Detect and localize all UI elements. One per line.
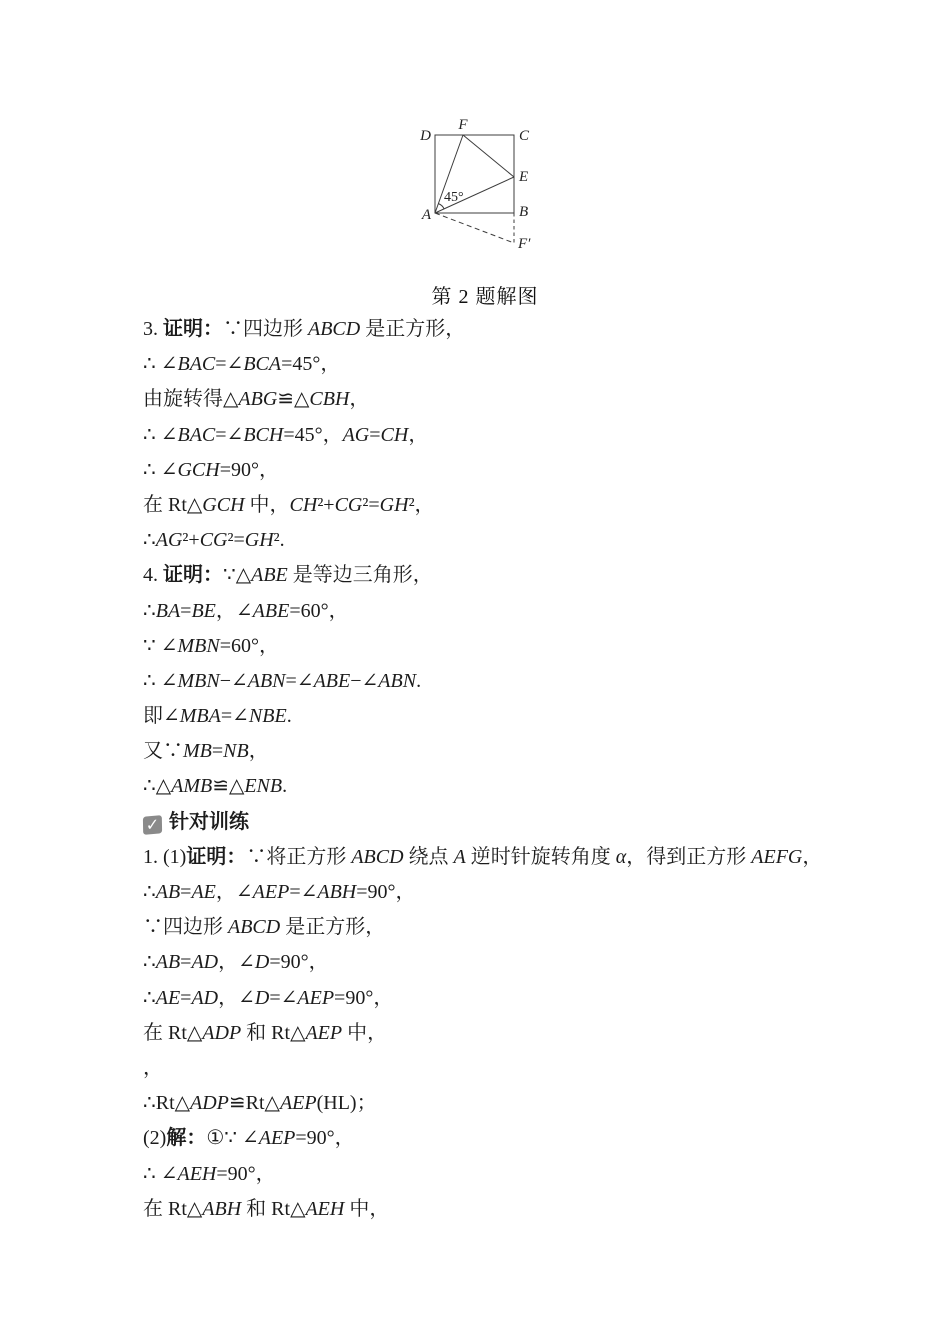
text-line: ∴AG²+CG²=GH². [143,523,910,558]
text-segment: =90°， [216,1163,275,1185]
text-segment: ABH [202,1198,241,1220]
text-line: 3. 证明：∵四边形 ABCD 是正方形， [143,312,910,347]
text-segment: = [212,740,223,762]
text-segment: CBH [309,388,349,410]
text-segment: D [255,951,269,973]
checkmark-icon: ✓ [143,815,162,835]
text-segment: ABCD [308,318,360,340]
label-C: C [519,128,530,144]
text-segment: NBE [249,705,287,727]
text-segment: BAC [177,424,215,446]
text-segment: ²= [362,494,379,516]
text-segment: 1. (1) [143,846,186,868]
text-segment: ABCD [351,846,403,868]
text-segment: 逆时针旋转角度 [466,846,616,868]
text-line: ∴ ∠GCH=90°， [143,453,910,488]
text-segment: AEP [280,1092,317,1114]
text-segment: ABN [378,670,416,692]
text-segment: A [454,846,466,868]
text-segment: CG [200,529,228,551]
text-segment: AG [156,529,183,551]
text-segment: 证明： [186,846,246,868]
text-segment: ∴ ∠ [143,1163,177,1185]
text-segment: NB [223,740,249,762]
text-line: ∵四边形 ABCD 是正方形， [143,910,910,945]
text-segment: α [616,846,627,868]
text-segment: 证明： [163,564,223,586]
text-line: ∴Rt△ADP≌Rt△AEP(HL)； [143,1086,910,1121]
text-segment: =60°， [289,600,348,622]
text-segment: AEP [259,1127,296,1149]
text-segment: ABG [238,388,277,410]
text-segment: ∵ ∠ [143,635,177,657]
text-segment: ， [408,424,428,446]
text-line: 在 Rt△ADP 和 Rt△AEP 中， [143,1016,910,1051]
page: D F C E A B F′ 45° 第 2 题解图 3. 证明：∵四边形 AB… [0,0,950,1344]
text-segment: ∴Rt△ [143,1092,190,1114]
solution-text: 3. 证明：∵四边形 ABCD 是正方形，∴ ∠BAC=∠BCA=45°，由旋转… [143,312,910,1227]
text-segment: 又∵ [143,740,183,762]
text-line: ∴ ∠MBN−∠ABN=∠ABE−∠ABN. [143,664,910,699]
text-line: ∴ ∠BAC=∠BCA=45°， [143,347,910,382]
text-segment: 是正方形， [360,318,465,340]
text-segment: ABN [248,670,286,692]
text-segment: ， [802,846,822,868]
text-segment: GH [380,494,409,516]
text-segment: =∠ [221,705,249,727]
text-line: ∴AE=AD，∠D=∠AEP=90°， [143,981,910,1016]
text-line: 即∠MBA=∠NBE. [143,699,910,734]
text-segment: AEP [305,1022,342,1044]
text-segment: 中， [245,494,290,516]
text-segment: ²， [409,494,435,516]
text-segment: (2) [143,1127,166,1149]
text-segment: =90°， [334,987,393,1009]
text-segment: BCH [243,424,283,446]
text-line: ∴AB=AD，∠D=90°， [143,945,910,980]
text-segment: ， [349,388,369,410]
text-segment: ²+ [317,494,334,516]
text-segment: =90°， [356,881,415,903]
text-segment: AE [156,987,180,1009]
text-segment: ABE [251,564,288,586]
text-segment: (HL)； [317,1092,377,1114]
text-segment: ①∵ ∠ [206,1127,258,1149]
text-segment: ABCD [228,916,280,938]
text-segment: ENB [244,775,282,797]
text-segment: 4. [143,564,163,586]
text-segment: GCH [177,459,219,481]
text-segment: ². [274,529,285,551]
text-segment: −∠ [220,670,248,692]
text-segment: ∴ [143,987,156,1009]
text-segment: . [287,705,292,727]
text-segment: 在 Rt△ [143,1022,202,1044]
text-segment: 绕点 [404,846,454,868]
text-segment: ADP [202,1022,241,1044]
text-segment: ∴ [143,529,156,551]
text-segment: ， [143,1057,163,1079]
text-segment: 是正方形， [280,916,385,938]
text-segment: ∴ [143,600,156,622]
text-segment: AEH [177,1163,216,1185]
text-segment: ∵四边形 [223,318,308,340]
text-line: ∴AB=AE，∠AEP=∠ABH=90°， [143,875,910,910]
text-segment: ≌△ [212,775,244,797]
text-segment: 由旋转得△ [143,388,238,410]
text-segment: . [282,775,287,797]
text-segment: 针对训练 [169,811,249,833]
text-segment: ∴ ∠ [143,670,177,692]
text-segment: 和 Rt△ [241,1198,305,1220]
text-segment: AEP [253,881,290,903]
text-segment: 解： [166,1127,206,1149]
segment-af-prime [435,213,514,243]
text-segment: AEFG [751,846,802,868]
text-segment: D [255,987,269,1009]
text-segment: MB [183,740,212,762]
text-segment: BAC [177,353,215,375]
text-segment: ∵△ [223,564,251,586]
text-line: ∴ ∠AEH=90°， [143,1157,910,1192]
text-segment: =45°， [283,424,342,446]
text-segment: AEH [305,1198,344,1220]
text-segment: =60°， [220,635,279,657]
text-segment: 中， [342,1022,387,1044]
text-segment: ， [249,740,269,762]
text-segment: ，得到正方形 [626,846,751,868]
text-segment: = [180,987,191,1009]
text-segment: ≌Rt△ [229,1092,280,1114]
text-segment: ∵将正方形 [246,846,351,868]
text-segment: =∠ [215,424,243,446]
text-segment: BA [156,600,180,622]
text-segment: ABE [314,670,351,692]
text-line: ， [143,1051,910,1086]
label-F-prime: F′ [517,236,531,252]
text-segment: 证明： [163,318,223,340]
geometry-figure: D F C E A B F′ 45° [413,116,563,266]
text-line: ∵ ∠MBN=60°， [143,629,910,664]
text-segment: ∴ [143,881,156,903]
text-segment: 即∠ [143,705,180,727]
text-segment: ≌△ [277,388,309,410]
text-segment: =90°， [295,1127,354,1149]
figure-caption: 第 2 题解图 [385,280,585,309]
text-segment: =∠ [289,881,317,903]
text-segment: AEP [297,987,334,1009]
text-line: 4. 证明：∵△ABE 是等边三角形， [143,558,910,593]
text-segment: =90°， [269,951,328,973]
text-segment: AD [191,951,218,973]
text-line: 在 Rt△GCH 中，CH²+CG²=GH²， [143,488,910,523]
text-segment: ²= [227,529,244,551]
text-segment: ∴ ∠ [143,459,177,481]
segment-fe [463,135,514,177]
text-line: (2)解：①∵ ∠AEP=90°， [143,1121,910,1156]
text-line: ∴BA=BE，∠ABE=60°， [143,594,910,629]
text-segment: MBA [180,705,221,727]
label-F: F [457,117,468,133]
text-line: 在 Rt△ABH 和 Rt△AEH 中， [143,1192,910,1227]
text-segment: ∴ [143,951,156,973]
text-line: 由旋转得△ABG≌△CBH， [143,382,910,417]
text-segment: =∠ [269,987,297,1009]
text-segment: AB [156,881,180,903]
text-segment: ABH [317,881,356,903]
text-segment: MBN [177,670,219,692]
text-segment: ∴ ∠ [143,424,177,446]
text-segment: MBN [177,635,219,657]
text-segment: GH [245,529,274,551]
text-line: ∴ ∠BAC=∠BCH=45°，AG=CH， [143,418,910,453]
text-segment: AB [156,951,180,973]
text-segment: AE [191,881,215,903]
text-segment: ∴ ∠ [143,353,177,375]
text-segment: . [416,670,421,692]
text-segment: AD [191,987,218,1009]
text-segment: ∵四边形 [143,916,228,938]
text-segment: AMB [171,775,212,797]
text-segment: 在 Rt△ [143,1198,202,1220]
text-segment: =90°， [220,459,279,481]
label-D: D [419,128,431,144]
text-segment: ，∠ [218,951,255,973]
text-segment: 3. [143,318,163,340]
text-segment: 中， [344,1198,389,1220]
text-segment: BCA [243,353,281,375]
text-segment: BE [191,600,215,622]
text-segment: 在 Rt△ [143,494,202,516]
text-segment: AG [343,424,370,446]
text-segment: ²+ [182,529,199,551]
label-B: B [519,204,528,220]
label-E: E [518,169,528,185]
text-segment: =45°， [281,353,340,375]
text-segment: = [180,881,191,903]
text-segment: CH [381,424,409,446]
text-segment: ，∠ [216,600,253,622]
text-segment: ，∠ [216,881,253,903]
label-A: A [421,207,432,223]
text-segment: ∴△ [143,775,171,797]
text-segment: = [180,951,191,973]
text-line: 1. (1)证明：∵将正方形 ABCD 绕点 A 逆时针旋转角度 α，得到正方形… [143,840,910,875]
text-segment: ABE [253,600,290,622]
text-segment: =∠ [215,353,243,375]
text-segment: −∠ [350,670,378,692]
text-segment: 和 Rt△ [241,1022,305,1044]
text-segment: GCH [202,494,244,516]
text-segment: CH [290,494,318,516]
text-segment: CG [335,494,363,516]
text-segment: ADP [190,1092,229,1114]
text-segment: =∠ [286,670,314,692]
angle-label: 45° [444,190,464,205]
text-segment: 是等边三角形， [288,564,433,586]
text-line: 又∵MB=NB， [143,734,910,769]
text-line: ✓针对训练 [143,805,910,840]
text-segment: = [369,424,380,446]
text-line: ∴△AMB≌△ENB. [143,769,910,804]
text-segment: = [180,600,191,622]
text-segment: ，∠ [218,987,255,1009]
